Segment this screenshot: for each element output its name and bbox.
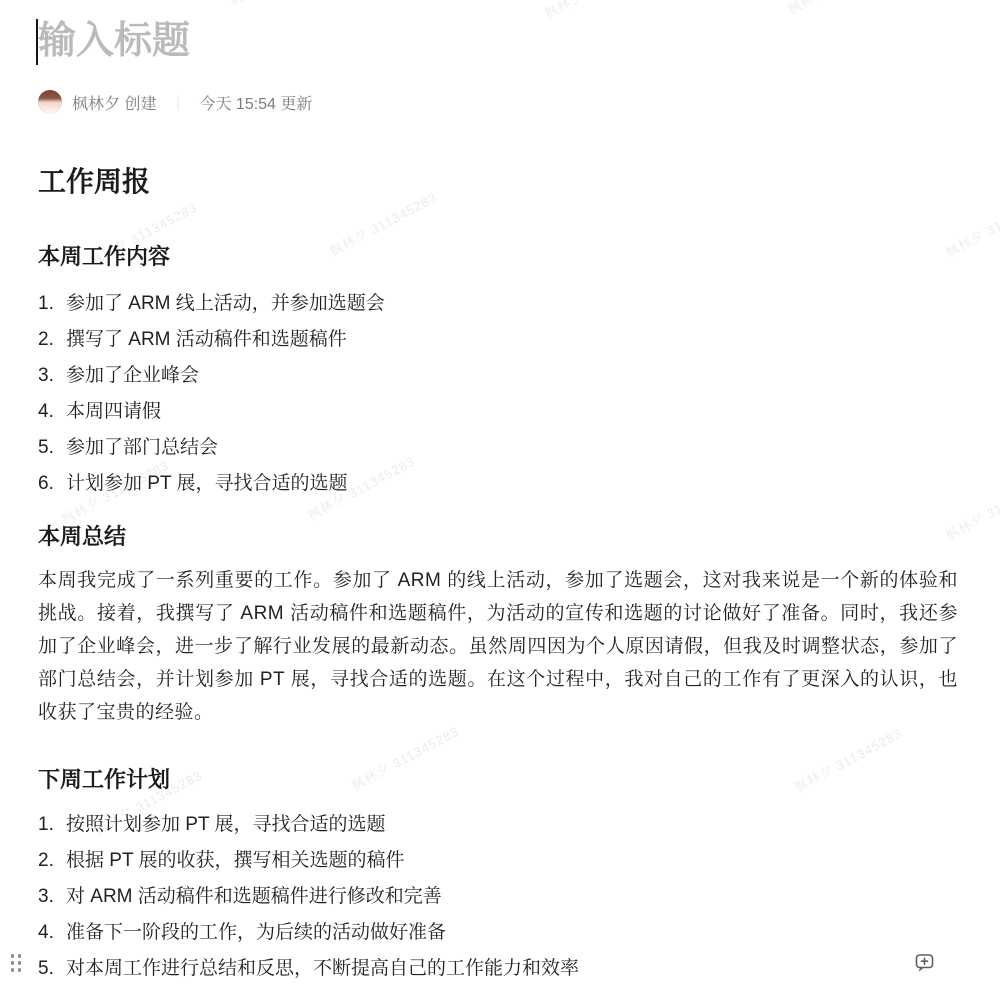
list-number: 1.	[38, 286, 66, 322]
drag-handle-icon[interactable]	[8, 952, 24, 974]
next-week-plan-list: 1. 按照计划参加 PT 展，寻找合适的选题 2. 根据 PT 展的收获，撰写相…	[38, 807, 958, 987]
title-input[interactable]: 输入标题	[38, 16, 958, 66]
list-text: 撰写了 ARM 活动稿件和选题稿件	[66, 322, 347, 358]
document-body: 输入标题 枫林夕 创建 ｜ 今天 15:54 更新 工作周报 本周工作内容 1.…	[0, 0, 1000, 987]
title-row: 输入标题	[38, 16, 958, 66]
doc-heading-summary[interactable]: 本周总结	[38, 522, 958, 552]
text-cursor	[36, 19, 38, 65]
doc-updated-time: 今天 15:54 更新	[199, 91, 312, 114]
doc-heading-plan[interactable]: 下周工作计划	[38, 765, 958, 795]
list-text: 根据 PT 展的收获，撰写相关选题的稿件	[66, 843, 405, 879]
summary-paragraph[interactable]: 本周我完成了一系列重要的工作。参加了 ARM 的线上活动，参加了选题会，这对我来…	[38, 564, 958, 729]
list-text: 准备下一阶段的工作，为后续的活动做好准备	[66, 915, 446, 951]
list-item[interactable]: 3. 参加了企业峰会	[38, 358, 958, 394]
add-comment-icon	[913, 951, 937, 975]
list-number: 2.	[38, 843, 66, 879]
list-item[interactable]: 1. 按照计划参加 PT 展，寻找合适的选题	[38, 807, 958, 843]
list-number: 5.	[38, 430, 66, 466]
meta-divider: ｜	[170, 92, 185, 113]
list-item[interactable]: 2. 根据 PT 展的收获，撰写相关选题的稿件	[38, 843, 958, 879]
list-item[interactable]: 4. 本周四请假	[38, 394, 958, 430]
list-text: 对本周工作进行总结和反思，不断提高自己的工作能力和效率	[66, 951, 579, 987]
list-item[interactable]: 6. 计划参加 PT 展，寻找合适的选题	[38, 466, 958, 502]
list-text: 按照计划参加 PT 展，寻找合适的选题	[66, 807, 386, 843]
list-number: 4.	[38, 394, 66, 430]
doc-author-created: 枫林夕 创建	[72, 91, 156, 114]
list-item[interactable]: 5. 参加了部门总结会	[38, 430, 958, 466]
list-number: 2.	[38, 322, 66, 358]
doc-heading-h1[interactable]: 工作周报	[38, 164, 958, 200]
list-text: 对 ARM 活动稿件和选题稿件进行修改和完善	[66, 879, 442, 915]
list-number: 1.	[38, 807, 66, 843]
list-item[interactable]: 4. 准备下一阶段的工作，为后续的活动做好准备	[38, 915, 958, 951]
list-text: 参加了部门总结会	[66, 430, 218, 466]
week-work-list: 1. 参加了 ARM 线上活动，并参加选题会 2. 撰写了 ARM 活动稿件和选…	[38, 286, 958, 502]
list-text: 计划参加 PT 展，寻找合适的选题	[66, 466, 348, 502]
author-avatar	[38, 90, 62, 114]
add-comment-button[interactable]	[913, 951, 937, 975]
list-number: 3.	[38, 358, 66, 394]
list-number: 6.	[38, 466, 66, 502]
doc-heading-week[interactable]: 本周工作内容	[38, 242, 958, 272]
list-item[interactable]: 5. 对本周工作进行总结和反思，不断提高自己的工作能力和效率	[38, 951, 958, 987]
list-text: 参加了企业峰会	[66, 358, 199, 394]
doc-meta: 枫林夕 创建 ｜ 今天 15:54 更新	[38, 90, 958, 114]
list-item[interactable]: 2. 撰写了 ARM 活动稿件和选题稿件	[38, 322, 958, 358]
list-number: 4.	[38, 915, 66, 951]
list-item[interactable]: 3. 对 ARM 活动稿件和选题稿件进行修改和完善	[38, 879, 958, 915]
list-text: 参加了 ARM 线上活动，并参加选题会	[66, 286, 385, 322]
list-number: 3.	[38, 879, 66, 915]
list-item[interactable]: 1. 参加了 ARM 线上活动，并参加选题会	[38, 286, 958, 322]
list-text: 本周四请假	[66, 394, 161, 430]
list-number: 5.	[38, 951, 66, 987]
